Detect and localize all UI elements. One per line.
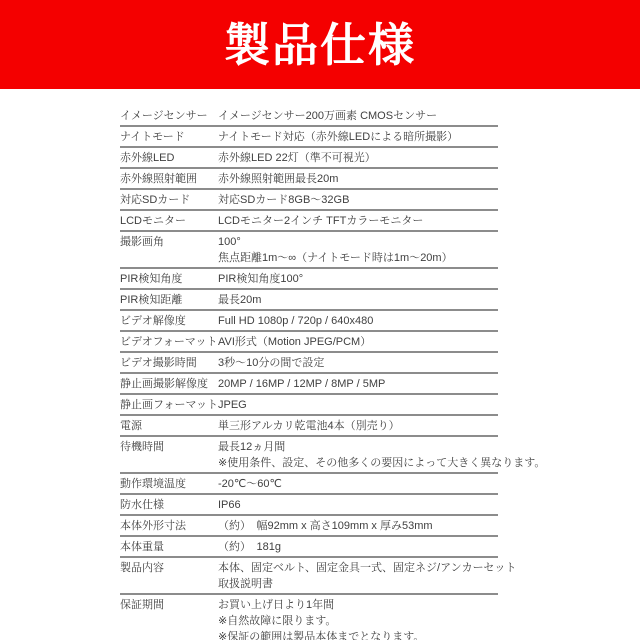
spec-value-line: 最長20m <box>218 292 498 308</box>
spec-value-line: 本体、固定ベルト、固定金具一式、固定ネジ/アンカーセット <box>218 560 516 576</box>
spec-row: 対応SDカード対応SDカード8GB～32GB <box>120 190 498 211</box>
spec-value-line: お買い上げ日より1年間 <box>218 597 498 613</box>
spec-row: 動作環境温度-20℃～60℃ <box>120 474 498 495</box>
spec-label: 撮影画角 <box>120 233 218 250</box>
spec-value-line: Full HD 1080p / 720p / 640x480 <box>218 313 498 329</box>
spec-row: 赤外線照射範囲赤外線照射範囲最長20m <box>120 169 498 190</box>
spec-value: イメージセンサー200万画素 CMOSセンサー <box>218 107 498 124</box>
spec-row: 静止画フォーマットJPEG <box>120 395 498 416</box>
spec-row: ビデオ撮影時間3秒～10分の間で設定 <box>120 353 498 374</box>
spec-row: LCDモニターLCDモニター2インチ TFTカラーモニター <box>120 211 498 232</box>
spec-value-line: -20℃～60℃ <box>218 476 498 492</box>
spec-label: LCDモニター <box>120 212 218 229</box>
header-banner: 製品仕様 <box>0 0 640 89</box>
spec-label: 対応SDカード <box>120 191 218 208</box>
spec-row: 静止画撮影解像度20MP / 16MP / 12MP / 8MP / 5MP <box>120 374 498 395</box>
spec-row: ビデオフォーマットAVI形式（Motion JPEG/PCM） <box>120 332 498 353</box>
spec-value-line: 最長12ヵ月間 <box>218 439 545 455</box>
spec-value: AVI形式（Motion JPEG/PCM） <box>218 333 498 350</box>
spec-value-line: 3秒～10分の間で設定 <box>218 355 498 371</box>
spec-value: Full HD 1080p / 720p / 640x480 <box>218 312 498 329</box>
spec-value-line: 単三形アルカリ乾電池4本（別売り） <box>218 418 498 434</box>
product-spec-page: 製品仕様 イメージセンサーイメージセンサー200万画素 CMOSセンサーナイトモ… <box>0 0 640 640</box>
spec-label: 静止画フォーマット <box>120 396 218 413</box>
spec-value: 100°焦点距離1m～∞（ナイトモード時は1m～20m） <box>218 233 498 266</box>
spec-value: 最長12ヵ月間※使用条件、設定、その他多くの要因によって大きく異なります。 <box>218 438 545 471</box>
spec-value-line: （約） 幅92mm x 高さ109mm x 厚み53mm <box>218 518 498 534</box>
spec-label: 防水仕様 <box>120 496 218 513</box>
spec-value-line: ※使用条件、設定、その他多くの要因によって大きく異なります。 <box>218 455 545 471</box>
spec-row: 赤外線LED赤外線LED 22灯（準不可視光） <box>120 148 498 169</box>
spec-row: 本体外形寸法（約） 幅92mm x 高さ109mm x 厚み53mm <box>120 516 498 537</box>
spec-content: イメージセンサーイメージセンサー200万画素 CMOSセンサーナイトモードナイト… <box>0 106 640 640</box>
spec-label: ナイトモード <box>120 128 218 145</box>
spec-value: 3秒～10分の間で設定 <box>218 354 498 371</box>
spec-value: 赤外線LED 22灯（準不可視光） <box>218 149 498 166</box>
spec-value: 本体、固定ベルト、固定金具一式、固定ネジ/アンカーセット取扱説明書 <box>218 559 516 592</box>
spec-label: 製品内容 <box>120 559 218 576</box>
spec-value-line: AVI形式（Motion JPEG/PCM） <box>218 334 498 350</box>
spec-value: お買い上げ日より1年間※自然故障に限ります。※保証の範囲は製品本体までとなります… <box>218 596 498 640</box>
spec-row: PIR検知距離最長20m <box>120 290 498 311</box>
spec-row: 待機時間最長12ヵ月間※使用条件、設定、その他多くの要因によって大きく異なります… <box>120 437 498 474</box>
spec-value-line: LCDモニター2インチ TFTカラーモニター <box>218 213 498 229</box>
spec-value-line: （約） 181g <box>218 539 498 555</box>
spec-value-line: JPEG <box>218 397 498 413</box>
spec-value: 最長20m <box>218 291 498 308</box>
spec-row: 防水仕様IP66 <box>120 495 498 516</box>
spec-row: 撮影画角100°焦点距離1m～∞（ナイトモード時は1m～20m） <box>120 232 498 269</box>
spec-value: （約） 181g <box>218 538 498 555</box>
spec-row: 本体重量（約） 181g <box>120 537 498 558</box>
spec-label: PIR検知距離 <box>120 291 218 308</box>
spec-label: 本体外形寸法 <box>120 517 218 534</box>
spec-row: イメージセンサーイメージセンサー200万画素 CMOSセンサー <box>120 106 498 127</box>
spec-row: 電源単三形アルカリ乾電池4本（別売り） <box>120 416 498 437</box>
spec-label: PIR検知角度 <box>120 270 218 287</box>
spec-label: イメージセンサー <box>120 107 218 124</box>
spec-label: ビデオ解像度 <box>120 312 218 329</box>
spec-row: 保証期間お買い上げ日より1年間※自然故障に限ります。※保証の範囲は製品本体までと… <box>120 595 498 640</box>
spec-label: ビデオフォーマット <box>120 333 218 350</box>
spec-value: IP66 <box>218 496 498 513</box>
spec-value: 20MP / 16MP / 12MP / 8MP / 5MP <box>218 375 498 392</box>
spec-label: ビデオ撮影時間 <box>120 354 218 371</box>
spec-value-line: 対応SDカード8GB～32GB <box>218 192 498 208</box>
spec-label: 待機時間 <box>120 438 218 455</box>
spec-value-line: 焦点距離1m～∞（ナイトモード時は1m～20m） <box>218 250 498 266</box>
spec-value-line: PIR検知角度100° <box>218 271 498 287</box>
spec-row: ナイトモードナイトモード対応（赤外線LEDによる暗所撮影） <box>120 127 498 148</box>
spec-label: 静止画撮影解像度 <box>120 375 218 392</box>
spec-label: 赤外線照射範囲 <box>120 170 218 187</box>
spec-value-line: IP66 <box>218 497 498 513</box>
spec-value: PIR検知角度100° <box>218 270 498 287</box>
spec-table: イメージセンサーイメージセンサー200万画素 CMOSセンサーナイトモードナイト… <box>120 106 498 640</box>
spec-label: 保証期間 <box>120 596 218 613</box>
spec-value-line: イメージセンサー200万画素 CMOSセンサー <box>218 108 498 124</box>
spec-value: -20℃～60℃ <box>218 475 498 492</box>
spec-value-line: 20MP / 16MP / 12MP / 8MP / 5MP <box>218 376 498 392</box>
spec-value: ナイトモード対応（赤外線LEDによる暗所撮影） <box>218 128 498 145</box>
spec-value-line: 赤外線照射範囲最長20m <box>218 171 498 187</box>
spec-label: 電源 <box>120 417 218 434</box>
spec-row: 製品内容本体、固定ベルト、固定金具一式、固定ネジ/アンカーセット取扱説明書 <box>120 558 498 595</box>
spec-value: JPEG <box>218 396 498 413</box>
spec-value-line: 取扱説明書 <box>218 576 516 592</box>
page-title: 製品仕様 <box>224 22 416 68</box>
spec-value: LCDモニター2インチ TFTカラーモニター <box>218 212 498 229</box>
spec-value: 赤外線照射範囲最長20m <box>218 170 498 187</box>
spec-row: PIR検知角度PIR検知角度100° <box>120 269 498 290</box>
spec-value-line: 赤外線LED 22灯（準不可視光） <box>218 150 498 166</box>
spec-value-line: ※自然故障に限ります。 <box>218 613 498 629</box>
spec-value-line: ※保証の範囲は製品本体までとなります。 <box>218 629 498 640</box>
spec-row: ビデオ解像度Full HD 1080p / 720p / 640x480 <box>120 311 498 332</box>
spec-label: 本体重量 <box>120 538 218 555</box>
spec-label: 赤外線LED <box>120 149 218 166</box>
spec-value: 対応SDカード8GB～32GB <box>218 191 498 208</box>
spec-value-line: ナイトモード対応（赤外線LEDによる暗所撮影） <box>218 129 498 145</box>
spec-label: 動作環境温度 <box>120 475 218 492</box>
spec-value-line: 100° <box>218 234 498 250</box>
spec-value: （約） 幅92mm x 高さ109mm x 厚み53mm <box>218 517 498 534</box>
spec-value: 単三形アルカリ乾電池4本（別売り） <box>218 417 498 434</box>
